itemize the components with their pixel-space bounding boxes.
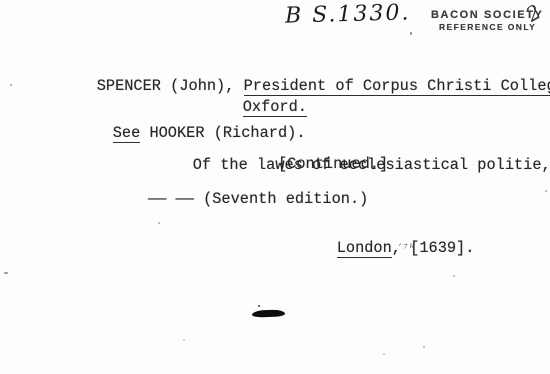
ink-blob <box>252 309 285 317</box>
continued-note: [Continued.] <box>278 156 388 173</box>
pencil-marks: ´⁷ᵏ <box>395 241 416 256</box>
shelfmark-handwriting: B S.1330. <box>285 0 411 28</box>
paper-speck <box>183 339 185 341</box>
catalog-card: B S.1330. BACON SOCIETY REFERENCE ONLY 2… <box>0 0 550 374</box>
paper-speck <box>410 32 412 35</box>
imprint-place: London <box>337 239 392 258</box>
paper-speck <box>453 275 455 277</box>
see-label: See <box>113 124 141 143</box>
edition-line: —— —— (Seventh edition.) <box>148 191 368 208</box>
paper-speck <box>4 272 8 274</box>
stamp-reference-only: REFERENCE ONLY <box>439 22 536 32</box>
paper-speck <box>423 346 425 348</box>
paper-speck <box>258 305 260 307</box>
paper-speck <box>545 190 547 192</box>
paper-speck <box>10 84 12 86</box>
imprint-line: London, [1639]. <box>300 223 474 274</box>
paper-speck <box>158 222 160 224</box>
paper-speck <box>383 353 385 355</box>
